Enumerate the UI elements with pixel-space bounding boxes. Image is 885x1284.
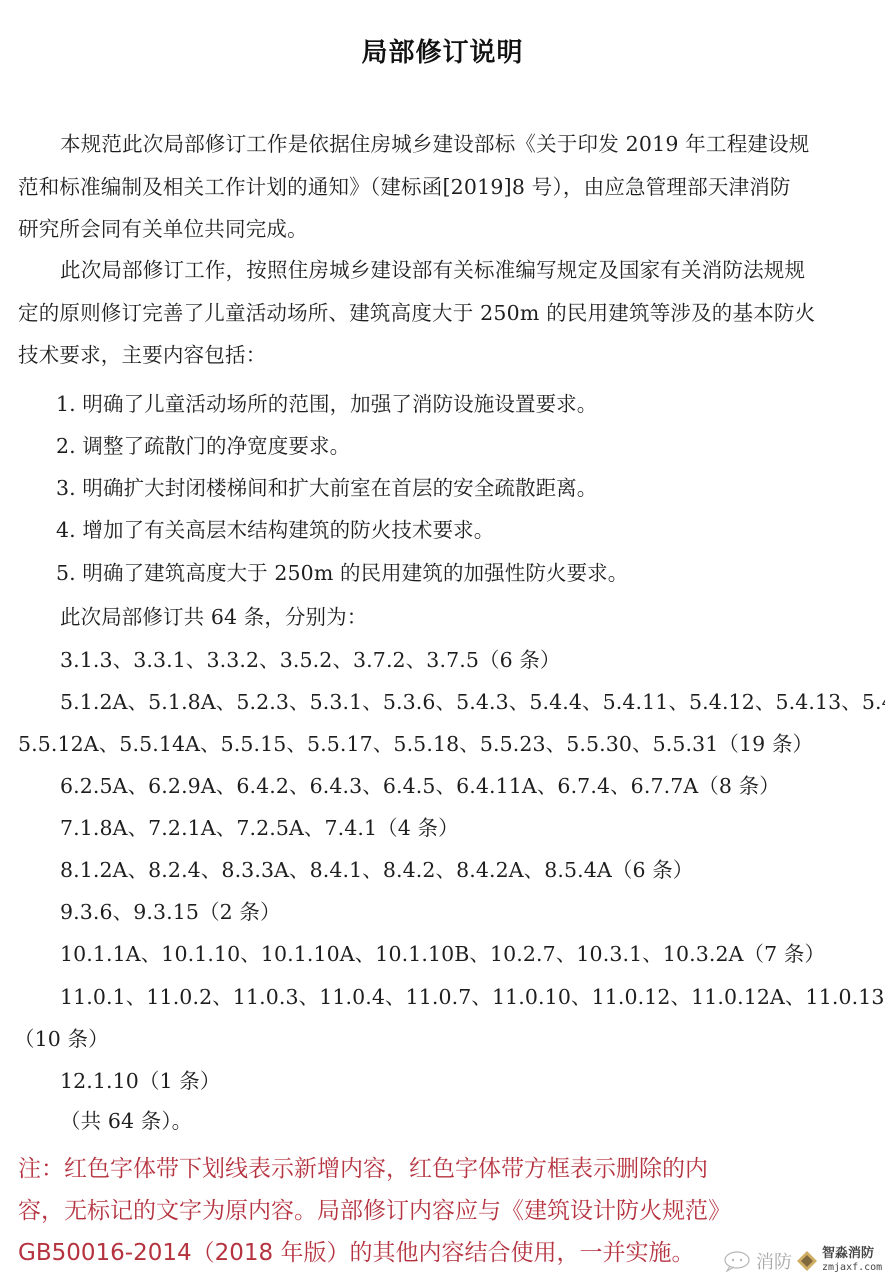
main-point-4: 4. 增加了有关高层木结构建筑的防火技术要求。 [56,513,494,543]
principle-line-3: 技术要求，主要内容包括： [18,334,868,377]
revision-line-ch7: 7.1.8A、7.2.1A、7.2.5A、7.4.1（4 条） [60,811,459,841]
principle-line-2: 定的原则修订完善了儿童活动场所、建筑高度大于 250m 的民用建筑等涉及的基本防… [18,292,868,335]
revision-line-ch6: 6.2.5A、6.2.9A、6.4.2、6.4.3、6.4.5、6.4.11A、… [60,769,780,799]
revision-line-ch3: 3.1.3、3.3.1、3.3.2、3.5.2、3.7.2、3.7.5（6 条） [60,643,561,673]
note-line-1: 注：红色字体带下划线表示新增内容，红色字体带方框表示删除的内 [18,1148,868,1190]
main-point-1: 1. 明确了儿童活动场所的范围，加强了消防设施设置要求。 [56,387,597,417]
revision-line-ch8: 8.1.2A、8.2.4、8.3.3A、8.4.1、8.4.2、8.4.2A、8… [60,853,693,883]
main-point-5: 5. 明确了建筑高度大于 250m 的民用建筑的加强性防火要求。 [56,556,628,586]
intro-line-2: 范和标准编制及相关工作计划的通知》（建标函[2019]8 号），由应急管理部天津… [18,166,868,209]
revision-line-ch5a: 5.1.2A、5.1.8A、5.2.3、5.3.1、5.3.6、5.4.3、5.… [60,685,885,715]
brand-logo-icon [796,1250,818,1272]
intro-paragraph: 本规范此次局部修订工作是依据住房城乡建设部标《关于印发 2019 年工程建设规 … [18,123,868,251]
watermark-channel-text: 消防 [756,1248,792,1274]
revision-line-ch9: 9.3.6、9.3.15（2 条） [60,895,281,925]
revision-line-ch5b: 5.5.12A、5.5.14A、5.5.15、5.5.17、5.5.18、5.5… [18,727,813,757]
principle-paragraph: 此次局部修订工作，按照住房城乡建设部有关标准编写规定及国家有关消防法规规 定的原… [18,249,868,377]
main-point-2: 2. 调整了疏散门的净宽度要求。 [56,429,350,459]
watermark-brand: 智淼消防 zmjaxf.com [822,1247,882,1275]
revision-line-ch11-count: （10 条） [14,1022,109,1052]
revision-line-ch11: 11.0.1、11.0.2、11.0.3、11.0.4、11.0.7、11.0.… [60,980,885,1010]
revision-total: （共 64 条）。 [60,1104,192,1134]
note-line-2: 容，无标记的文字为原内容。局部修订内容应与《建筑设计防火规范》 [18,1190,868,1232]
watermark: 消防 智淼消防 zmjaxf.com [722,1244,882,1278]
revision-line-ch10: 10.1.1A、10.1.10、10.1.10A、10.1.10B、10.2.7… [60,937,825,967]
main-point-3: 3. 明确扩大封闭楼梯间和扩大前室在首层的安全疏散距离。 [56,471,597,501]
revision-count-intro: 此次局部修订共 64 条，分别为： [60,600,367,630]
intro-line-3: 研究所会同有关单位共同完成。 [18,208,868,251]
document-title: 局部修订说明 [0,32,885,69]
document-page: 局部修订说明 本规范此次局部修订工作是依据住房城乡建设部标《关于印发 2019 … [0,0,885,1284]
brand-name: 智淼消防 [822,1247,882,1261]
intro-line-1: 本规范此次局部修订工作是依据住房城乡建设部标《关于印发 2019 年工程建设规 [18,123,868,166]
chat-bubble-icon [722,1250,752,1272]
revision-line-ch12: 12.1.10（1 条） [60,1064,221,1094]
brand-url: zmjaxf.com [822,1261,882,1275]
principle-line-1: 此次局部修订工作，按照住房城乡建设部有关标准编写规定及国家有关消防法规规 [18,249,868,292]
